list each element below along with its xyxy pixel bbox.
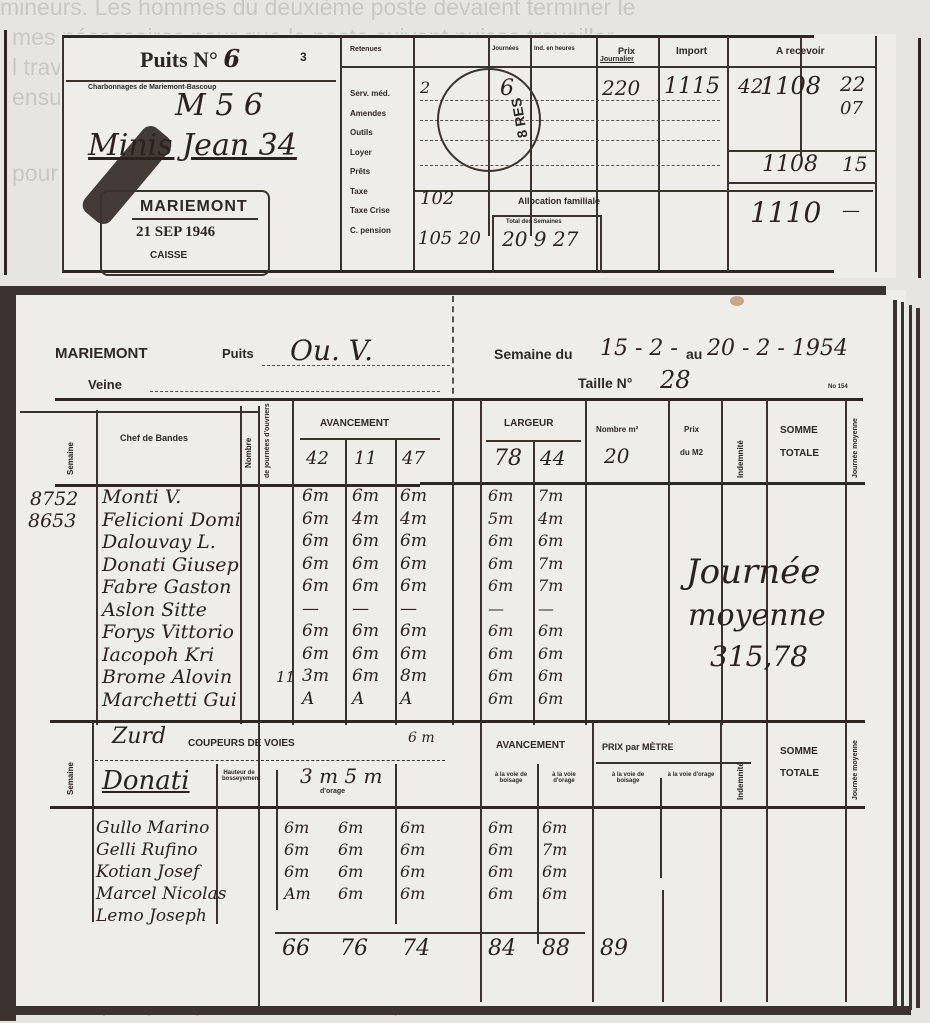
avancement-underline	[300, 438, 440, 440]
left-edge-line	[4, 30, 7, 275]
largeur-value: 6m	[488, 840, 513, 859]
s2-col-line	[480, 722, 482, 1002]
largeur-value: 6m	[488, 576, 513, 595]
puits-number: 6	[223, 44, 240, 73]
page-fold	[452, 296, 456, 404]
retenue-label: Prêts	[350, 162, 391, 182]
header-ind-heures: Ind. en heures	[534, 46, 575, 52]
largeur-value: 6m	[488, 862, 513, 881]
header-hauteur: Hauteur de bosseyement	[222, 770, 256, 782]
largeur-value: 7m	[538, 486, 563, 505]
avancement-value: 6m	[302, 576, 329, 596]
total-value: 66	[282, 936, 310, 961]
sheet-company: MARIEMONT	[55, 345, 148, 362]
taille-label: Taille N°	[578, 375, 632, 391]
header-retenues: Retenues	[350, 46, 382, 53]
largeur-value: 6m	[542, 862, 567, 881]
stamp-date: 21 SEP 1946	[136, 224, 215, 241]
s2-pm-sub2: à la voie d'orage	[666, 772, 716, 778]
avancement-value: 6m	[302, 621, 329, 641]
avancement-value: 6m	[352, 531, 379, 551]
header-largeur: LARGEUR	[504, 418, 553, 429]
section2-dashed	[95, 760, 445, 763]
worker-name: Gelli Rufino	[96, 840, 198, 860]
section2-top-line	[50, 720, 865, 723]
semaine-to: 20 - 2 - 1954	[707, 336, 848, 361]
retenue-label: Amendes	[350, 104, 391, 124]
avancement-value: Am	[284, 884, 311, 903]
semaine-number: 8752	[30, 488, 78, 510]
col-line	[258, 406, 260, 724]
header-prix: Prix	[618, 46, 635, 56]
total-value: 89	[600, 936, 628, 961]
payslip-title-label: Puits N°	[140, 47, 218, 72]
header-indemnite: Indemnité	[736, 418, 745, 478]
semaine-from: 15 - 2 -	[600, 336, 678, 361]
largeur-sub: 78	[494, 446, 522, 471]
prix-metre-underline	[596, 762, 751, 764]
avancement-value: 6m	[338, 884, 363, 903]
avancement-sub: 42	[306, 448, 329, 469]
sheet-right-border-2	[901, 302, 904, 1010]
coupeurs-label: COUPEURS DE VOIES	[188, 738, 295, 749]
header-semaine: Semaine	[66, 420, 75, 475]
worker-name: Monti V.	[102, 486, 181, 508]
stamp-line	[132, 218, 258, 220]
retenue-label: Outils	[350, 123, 391, 143]
avancement-value: 6m	[352, 621, 379, 641]
header-journees: Journées	[492, 46, 519, 52]
section2-header-bottom	[50, 806, 865, 809]
largeur-value: 6m	[488, 486, 513, 505]
coupeur-name: Donati	[102, 766, 190, 796]
avancement-value: 6m	[400, 644, 427, 664]
worker-name: Forys Vittorio	[102, 621, 234, 643]
avancement-value: 6m	[400, 486, 427, 506]
right-edge-line	[918, 38, 921, 278]
total-value: 76	[340, 936, 368, 961]
avancement-value: 6m	[352, 644, 379, 664]
retenues-list: Serv. méd. Amendes Outils Loyer Prêts Ta…	[350, 84, 391, 240]
totals-line	[275, 932, 585, 934]
total-value: 74	[402, 936, 430, 961]
avancement-value: 8m	[400, 666, 427, 686]
semaine-number: 8653	[28, 510, 76, 532]
row-line	[413, 190, 873, 192]
sheet-top-border	[6, 286, 886, 295]
worker-nb: 11	[276, 668, 295, 686]
header-underline	[340, 66, 875, 68]
retenue-value-serv-med: 2	[420, 78, 430, 97]
header-bottom	[420, 482, 865, 485]
retenue-label: C. pension	[350, 221, 391, 241]
s2-header-totale: TOTALE	[780, 768, 819, 779]
avancement-value: 3m	[302, 666, 329, 686]
mid-sub: d'orage	[320, 788, 345, 795]
header-a-recevoir: A recevoir	[776, 46, 825, 57]
s2-col-line	[845, 722, 847, 1002]
a-recevoir-3: 1108	[762, 152, 818, 177]
largeur-value: 6m	[488, 644, 513, 663]
header-totale: TOTALE	[780, 448, 819, 459]
avancement-value: —	[352, 599, 369, 619]
col-line	[240, 406, 242, 724]
a-recevoir-total: 1110	[750, 196, 821, 229]
stain	[730, 296, 744, 306]
avancement-value: 6m	[400, 531, 427, 551]
header-journees-ouvriers: de journées d'ouvriers	[264, 408, 271, 478]
s2-av-sub1: à la voie de boisage	[488, 772, 534, 784]
worker-name: Donati Giusep	[102, 554, 239, 576]
table-top-line	[55, 398, 863, 401]
avancement-sub: 47	[402, 448, 425, 469]
header-nombre-m2: Nombre m²	[596, 425, 638, 434]
veine-label: Veine	[88, 377, 122, 392]
worker-name: Aslon Sitte	[102, 599, 207, 621]
largeur-value: —	[488, 599, 504, 618]
s2-col-line	[660, 778, 662, 878]
largeur-value: 7m	[538, 576, 563, 595]
s2-col-line	[766, 722, 768, 1002]
row-line	[727, 182, 877, 184]
s2-col-line	[662, 890, 664, 1002]
retenue-value-pension: 105 20	[418, 228, 481, 249]
nombre-m2-value: 20	[604, 444, 629, 468]
worker-name: Brome Alovin	[102, 666, 232, 688]
avancement-value: 6m	[400, 884, 425, 903]
s2-av-sub2: à la voie d'orage	[541, 772, 587, 784]
largeur-value: 6m	[488, 689, 513, 708]
a-recevoir-1-cents: 22	[840, 72, 865, 96]
header-avancement: AVANCEMENT	[320, 418, 389, 429]
avancement-value: 6m	[338, 818, 363, 837]
s2-col-line	[395, 764, 397, 924]
note-moyenne: moyenne	[688, 598, 826, 633]
mid-values: 3 m 5 m	[300, 764, 382, 788]
largeur-value: 6m	[538, 666, 563, 685]
largeur-value: 6m	[538, 644, 563, 663]
retenue-label: Taxe	[350, 182, 391, 202]
col-line	[395, 440, 397, 725]
puits-label: Puits	[222, 346, 254, 361]
largeur-value: 6m	[488, 818, 513, 837]
retenue-label: Serv. méd.	[350, 84, 391, 104]
stamp-org: MARIEMONT	[140, 198, 248, 216]
avancement-value: 6m	[284, 840, 309, 859]
header-journee-moyenne: Journée moyenne	[852, 418, 859, 478]
largeur-value: 6m	[538, 531, 563, 550]
date-stamp: MARIEMONT 21 SEP 1946 CAISSE	[100, 190, 270, 276]
payslip-divider	[727, 36, 729, 272]
worker-name: Lemo Joseph	[96, 906, 207, 926]
s2-col-line	[258, 722, 260, 1007]
largeur-value: 6m	[488, 884, 513, 903]
s2-pm-sub1: à la voie de boisage	[600, 772, 656, 784]
worker-name: Kotian Josef	[96, 862, 199, 882]
avancement-value: 6m	[400, 862, 425, 881]
col-line	[845, 400, 847, 725]
header-chef: Chef de Bandes	[120, 433, 188, 443]
avancement-value: 6m	[302, 486, 329, 506]
s2-header-prix-metre: PRIX par MÈTRE	[602, 742, 674, 752]
total-value: 88	[542, 936, 570, 961]
round-stamp: 8 RES	[437, 68, 541, 172]
table-line	[20, 411, 260, 413]
col-line	[480, 400, 482, 725]
worker-name: Felicioni Domi	[102, 509, 241, 531]
largeur-value: 6m	[538, 689, 563, 708]
background-line: mineurs. Les hommes du deuxième poste de…	[0, 0, 930, 21]
small-ref: No 154	[828, 384, 848, 390]
avancement-value: 6m	[400, 840, 425, 859]
largeur-value: —	[538, 599, 554, 618]
taille-value: 28	[660, 366, 691, 394]
avancement-value: 6m	[352, 486, 379, 506]
sheet-right-border-3	[909, 305, 912, 1010]
largeur-value: 6m	[488, 531, 513, 550]
payslip-border-left	[62, 36, 64, 272]
s2-col-line	[720, 722, 722, 1002]
largeur-value: 6m	[538, 621, 563, 640]
payslip-divider	[658, 36, 660, 272]
col-line	[668, 400, 670, 725]
semaine-to-label: au	[686, 346, 702, 362]
header-somme: SOMME	[780, 425, 818, 436]
col-line	[96, 410, 98, 725]
s2-header-journee-moyenne: Journée moyenne	[852, 738, 859, 800]
s2-col-line	[592, 722, 594, 1002]
avancement-value: 4m	[352, 509, 379, 529]
puits-value: Ou. V.	[290, 334, 373, 367]
largeur-value: 7m	[538, 554, 563, 573]
sheet-right-border-4	[916, 308, 920, 1008]
title-underline	[66, 80, 336, 82]
avancement-value: 6m	[400, 818, 425, 837]
avancement-value: 6m	[302, 644, 329, 664]
header-prix: Prix	[684, 425, 699, 434]
avancement-value: A	[400, 689, 412, 709]
veine-underline	[150, 391, 440, 392]
s2-header-avancement: AVANCEMENT	[496, 740, 565, 751]
a-recevoir-1: 1108	[760, 72, 821, 100]
sheet-bottom-border	[6, 1006, 911, 1015]
s2-col-line	[537, 764, 539, 944]
semaine-label: Semaine du	[494, 346, 573, 362]
avancement-value: 6m	[400, 621, 427, 641]
sheet-left-border	[0, 286, 16, 1021]
stamp-sub: CAISSE	[150, 250, 187, 261]
largeur-value: 6m	[488, 554, 513, 573]
avancement-value: 6m	[352, 554, 379, 574]
note-journee: Journée	[686, 552, 820, 592]
s2-header-indemnite: Indemnité	[736, 744, 745, 800]
payslip-title: Puits N° 6	[140, 44, 240, 73]
avancement-value: —	[400, 599, 417, 619]
worker-name: Iacopoh Kri	[102, 644, 214, 666]
avancement-value: 6m	[338, 840, 363, 859]
payslip-divider	[340, 36, 342, 272]
avancement-value: A	[352, 689, 364, 709]
header-prix-sub: Journalier	[600, 56, 634, 63]
puits-underline	[262, 365, 450, 366]
largeur-sub: 44	[540, 446, 565, 470]
retenue-label: Taxe Crise	[350, 201, 391, 221]
worker-name: Fabre Gaston	[102, 576, 231, 598]
header-nombre: Nombre	[244, 418, 253, 468]
a-recevoir-3-cents: 15	[842, 152, 867, 176]
payslip-divider	[413, 36, 415, 272]
payslip-small-number: 3	[300, 50, 307, 64]
worker-name: Marcel Nicolas	[96, 884, 226, 904]
avancement-value: 6m	[302, 531, 329, 551]
import-value: 1115	[664, 74, 720, 99]
a-recevoir-total-cents: —	[842, 200, 860, 221]
worker-name: Marchetti Gui	[102, 689, 237, 711]
retenue-value-taxe: 102	[420, 188, 454, 209]
header-prix-sub: du M2	[680, 448, 703, 457]
s2-header-somme: SOMME	[780, 746, 818, 757]
largeur-value: 6m	[488, 621, 513, 640]
total-semaines-label: Total des Semaines	[506, 219, 562, 225]
avancement-sub: 11	[354, 448, 377, 469]
total-semaines-box: Total des Semaines 20 9 27	[492, 215, 602, 273]
avancement-value: 6m	[338, 862, 363, 881]
largeur-value: 6m	[488, 666, 513, 685]
s2-header-semaine: Semaine	[66, 740, 75, 795]
avancement-value: 6m	[302, 554, 329, 574]
total-semaines-value: 20 9 27	[502, 227, 578, 251]
avancement-value: 6m	[284, 818, 309, 837]
s2-col-line	[276, 770, 278, 910]
largeur-value: 7m	[542, 840, 567, 859]
col-line	[533, 440, 535, 725]
largeur-value: 4m	[538, 509, 563, 528]
allocation-label: Allocation familiale	[518, 196, 600, 206]
col-line	[585, 400, 587, 725]
avancement-value: 6m	[352, 576, 379, 596]
s2-col-line	[92, 722, 94, 922]
largeur-value: 6m	[542, 818, 567, 837]
worker-name: Gullo Marino	[96, 818, 209, 838]
avancement-value: 6m	[302, 509, 329, 529]
prix-value: 220	[602, 76, 640, 100]
avancement-value: A	[302, 689, 314, 709]
avancement-value: 6m	[400, 576, 427, 596]
largeur-value: 6m	[542, 884, 567, 903]
coupeur-name: Zurd	[112, 724, 166, 749]
handwritten-id: M 5 6	[175, 88, 263, 123]
avancement-value: —	[302, 599, 319, 619]
largeur-value: 5m	[488, 509, 513, 528]
coupeurs-note: 6 m	[408, 730, 435, 746]
avancement-value: 6m	[352, 666, 379, 686]
round-stamp-text: 8 RES	[508, 97, 531, 140]
payslip-border-top	[62, 35, 814, 38]
col-line	[452, 400, 454, 725]
retenue-label: Loyer	[350, 143, 391, 163]
total-value: 84	[488, 936, 516, 961]
sheet-right-border	[893, 300, 897, 1010]
avancement-value: 6m	[400, 554, 427, 574]
header-import: Import	[676, 46, 707, 57]
payslip-right-border	[875, 36, 877, 272]
worker-name: Dalouvay L.	[102, 531, 216, 553]
a-recevoir-2-cents: 07	[840, 98, 863, 119]
avancement-value: 6m	[284, 862, 309, 881]
col-line	[345, 440, 347, 725]
note-value: 315,78	[710, 640, 808, 673]
avancement-value: 4m	[400, 509, 427, 529]
